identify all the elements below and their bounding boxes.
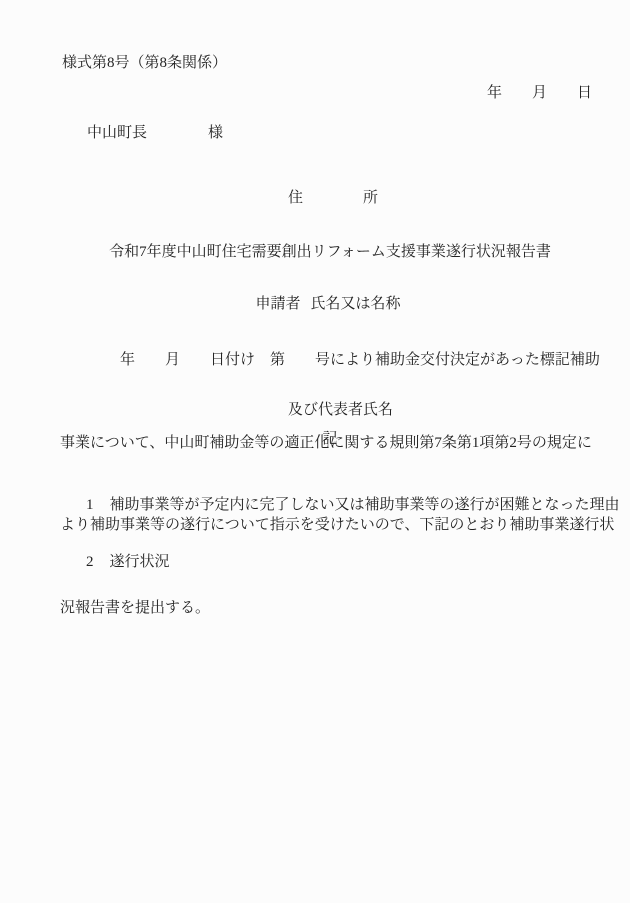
item-text: 補助事業等が予定内に完了しない又は補助事業等の遂行が困難となった理由 [110, 497, 620, 513]
item-number: 1 [75, 498, 94, 513]
body-line: 況報告書を提出する。 [60, 595, 606, 623]
document-title: 令和7年度中山町住宅需要創出リフォーム支援事業遂行状況報告書 [60, 245, 600, 260]
item-number: 2 [75, 555, 94, 570]
page: 様式第8号（第8条関係） 年 月 日 中山町長様 住 所 申請者氏名又は名称 及… [0, 0, 630, 903]
body-line: 年 月 日付け 第 号により補助金交付決定があった標記補助 [60, 347, 606, 375]
addressee-honorific: 様 [208, 125, 223, 141]
issue-date-line: 年 月 日 [487, 86, 592, 101]
record-heading: 記 [60, 432, 600, 447]
applicant-address-label: 住 所 [233, 185, 401, 212]
record-item: 2遂行状況 [60, 540, 170, 585]
addressee-line: 中山町長様 [72, 111, 223, 156]
form-number: 様式第8号（第8条関係） [62, 56, 227, 71]
item-text: 遂行状況 [110, 554, 170, 570]
record-item: 1補助事業等が予定内に完了しない又は補助事業等の遂行が困難となった理由 [60, 483, 620, 528]
addressee-name: 中山町長 [87, 125, 147, 141]
